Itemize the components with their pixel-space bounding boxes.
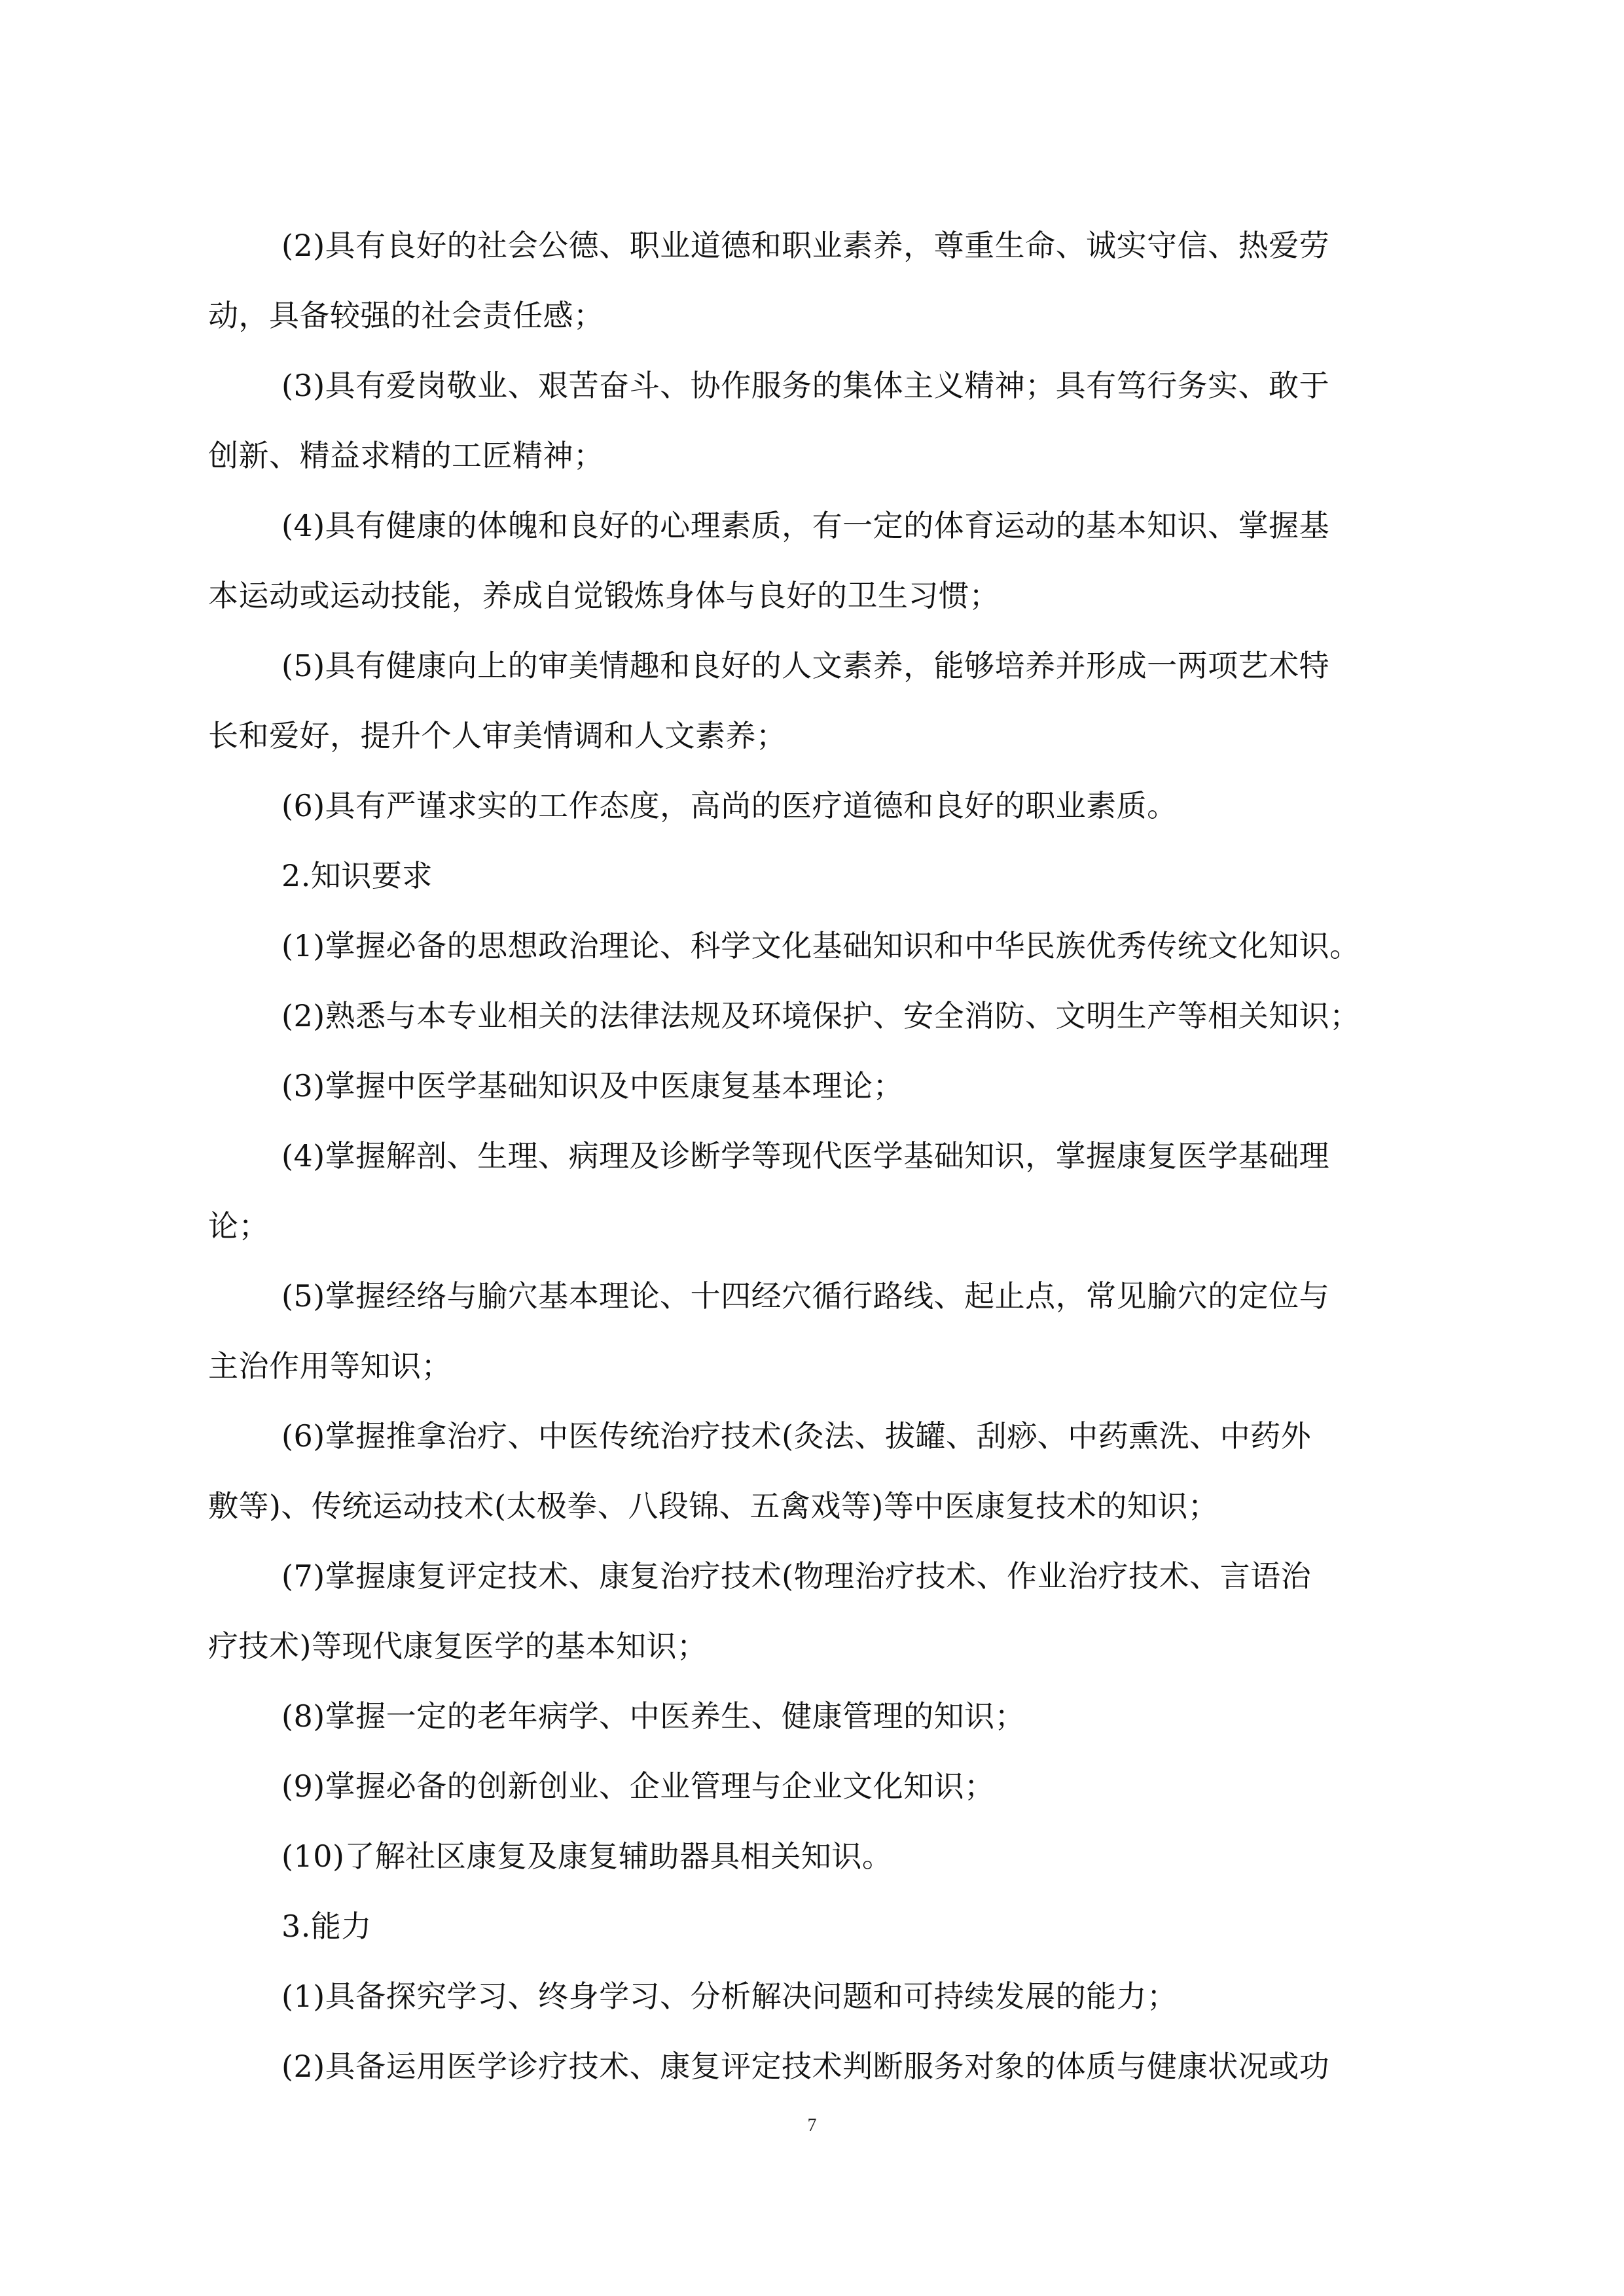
paragraph-line: (2)具有良好的社会公德、职业道德和职业素养，尊重生命、诚实守信、热爱劳: [208, 211, 1426, 281]
paragraph-line: (5)具有健康向上的审美情趣和良好的人文素养，能够培养并形成一两项艺术特: [208, 631, 1426, 701]
paragraph-line: (4)具有健康的体魄和良好的心理素质，有一定的体育运动的基本知识、掌握基: [208, 491, 1426, 561]
paragraph-line: (8)掌握一定的老年病学、中医养生、健康管理的知识；: [208, 1681, 1426, 1751]
section-heading: 3.能力: [208, 1892, 1426, 1962]
paragraph-line: (3)具有爱岗敬业、艰苦奋斗、协作服务的集体主义精神；具有笃行务实、敢于: [208, 351, 1426, 421]
paragraph-line: (6)掌握推拿治疗、中医传统治疗技术(灸法、拔罐、刮痧、中药熏洗、中药外: [208, 1401, 1426, 1471]
paragraph-line: (2)具备运用医学诊疗技术、康复评定技术判断服务对象的体质与健康状况或功: [208, 2032, 1426, 2102]
paragraph-line: 本运动或运动技能，养成自觉锻炼身体与良好的卫生习惯；: [208, 561, 1426, 631]
paragraph-line: (5)掌握经络与腧穴基本理论、十四经穴循行路线、起止点，常见腧穴的定位与: [208, 1261, 1426, 1331]
paragraph-line: (4)掌握解剖、生理、病理及诊断学等现代医学基础知识，掌握康复医学基础理: [208, 1121, 1426, 1191]
paragraph-line: (1)具备探究学习、终身学习、分析解决问题和可持续发展的能力；: [208, 1962, 1426, 2032]
paragraph-line: (2)熟悉与本专业相关的法律法规及环境保护、安全消防、文明生产等相关知识；: [208, 981, 1426, 1051]
paragraph-line: (6)具有严谨求实的工作态度，高尚的医疗道德和良好的职业素质。: [208, 771, 1426, 841]
document-page: (2)具有良好的社会公德、职业道德和职业素养，尊重生命、诚实守信、热爱劳 动，具…: [0, 0, 1624, 2296]
paragraph-line: 长和爱好，提升个人审美情调和人文素养；: [208, 701, 1426, 771]
paragraph-line: (1)掌握必备的思想政治理论、科学文化基础知识和中华民族优秀传统文化知识。: [208, 911, 1426, 981]
paragraph-line: 疗技术)等现代康复医学的基本知识；: [208, 1611, 1426, 1681]
section-heading: 2.知识要求: [208, 841, 1426, 911]
document-body: (2)具有良好的社会公德、职业道德和职业素养，尊重生命、诚实守信、热爱劳 动，具…: [208, 211, 1426, 2102]
paragraph-line: 主治作用等知识；: [208, 1331, 1426, 1401]
paragraph-line: (9)掌握必备的创新创业、企业管理与企业文化知识；: [208, 1751, 1426, 1821]
paragraph-line: (7)掌握康复评定技术、康复治疗技术(物理治疗技术、作业治疗技术、言语治: [208, 1541, 1426, 1611]
paragraph-line: 敷等)、传统运动技术(太极拳、八段锦、五禽戏等)等中医康复技术的知识；: [208, 1471, 1426, 1541]
page-number: 7: [0, 2115, 1624, 2136]
paragraph-line: (10)了解社区康复及康复辅助器具相关知识。: [208, 1821, 1426, 1892]
paragraph-line: 创新、精益求精的工匠精神；: [208, 421, 1426, 491]
paragraph-line: 动，具备较强的社会责任感；: [208, 281, 1426, 351]
paragraph-line: 论；: [208, 1191, 1426, 1261]
paragraph-line: (3)掌握中医学基础知识及中医康复基本理论；: [208, 1051, 1426, 1121]
